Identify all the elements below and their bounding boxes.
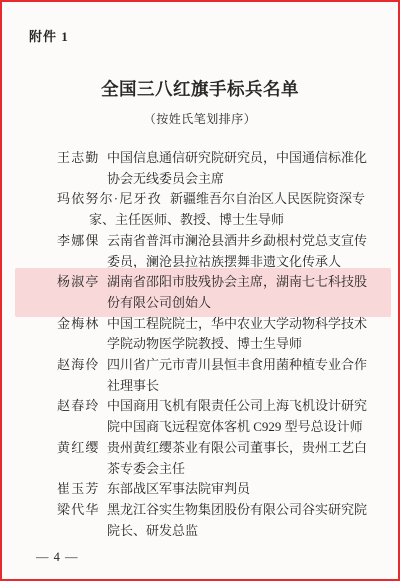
person-description-line: 云南省普洱市澜沧县酒井乡勐根村党总支宣传 [107,233,367,248]
list-entry: 王志勤中国信息通信研究院研究员，中国通信标准化 协会无线委员会主席 [57,148,374,189]
list-entry: 梁代华黑龙江谷实生物集团股份有限公司谷实研究院 院长、研发总监 [57,500,374,541]
person-description-line: 黑龙江谷实生物集团股份有限公司谷实研究院 [107,502,367,517]
honoree-list: 王志勤中国信息通信研究院研究员，中国通信标准化 协会无线委员会主席 玛依努尔·尼… [57,148,374,541]
person-description-line: 院长、研发总监 [57,521,374,542]
person-description-line: 院中国商飞远程宽体客机 C929 型号总设计师 [57,417,374,438]
document-title: 全国三八红旗手标兵名单 [2,76,398,101]
person-name: 玛依努尔·尼牙孜 [57,189,162,210]
person-name: 金梅林 [57,314,107,335]
person-description-line: 社理事长 [57,376,374,397]
document-page: 附件 1 全国三八红旗手标兵名单 （按姓氏笔划排序） 王志勤中国信息通信研究院研… [0,0,400,581]
person-description-line: 中国信息通信研究院研究员，中国通信标准化 [107,150,367,165]
list-entry: 李娜倮云南省普洱市澜沧县酒井乡勐根村党总支宣传 委员，澜沧县拉祜族摆舞非遗文化传… [57,231,374,272]
person-name: 李娜倮 [57,231,107,252]
person-name: 赵春玲 [57,396,107,417]
person-name: 赵海伶 [57,355,107,376]
person-description-line: 份有限公司创始人 [57,293,374,314]
person-description-line: 茶专委会主任 [57,459,374,480]
list-entry-highlighted: 杨淑亭湖南省邵阳市肢残协会主席，湖南七七科技股 份有限公司创始人 [57,272,374,313]
person-description-line: 湖南省邵阳市肢残协会主席，湖南七七科技股 [107,274,367,289]
list-entry: 玛依努尔·尼牙孜新疆维吾尔自治区人民医院资深专 家、主任医师、教授、博士生导师 [57,189,374,230]
person-description-line: 学院动物医学院教授、博士生导师 [57,334,374,355]
person-description-line: 协会无线委员会主席 [57,169,374,190]
person-description-line: 中国商用飞机有限责任公司上海飞机设计研究 [107,398,367,413]
person-description-line: 东部战区军事法院审判员 [107,481,250,496]
attachment-label: 附件 1 [29,26,398,45]
person-description-line: 中国工程院院士，华中农业大学动物科学技术 [107,316,367,331]
page-number: — 4 — [36,550,398,565]
list-entry: 赵海伶四川省广元市青川县恒丰食用菌种植专业合作 社理事长 [57,355,374,396]
list-entry: 崔玉芳东部战区军事法院审判员 [57,479,374,500]
person-name: 杨淑亭 [57,272,107,293]
list-entry: 黄红缨贵州黄红缨茶业有限公司董事长，贵州工艺白 茶专委会主任 [57,438,374,479]
person-description-line: 四川省广元市青川县恒丰食用菌种植专业合作 [107,357,367,372]
person-description-line: 家、主任医师、教授、博士生导师 [57,210,374,231]
list-entry: 金梅林中国工程院院士，华中农业大学动物科学技术 学院动物医学院教授、博士生导师 [57,314,374,355]
list-entry: 赵春玲中国商用飞机有限责任公司上海飞机设计研究 院中国商飞远程宽体客机 C929… [57,396,374,437]
person-name: 崔玉芳 [57,479,107,500]
person-description-line: 新疆维吾尔自治区人民医院资深专 [170,191,365,206]
person-name: 黄红缨 [57,438,107,459]
person-description-line: 贵州黄红缨茶业有限公司董事长，贵州工艺白 [107,440,367,455]
person-name: 王志勤 [57,148,107,169]
document-subtitle: （按姓氏笔划排序） [2,110,398,127]
person-name: 梁代华 [57,500,107,521]
